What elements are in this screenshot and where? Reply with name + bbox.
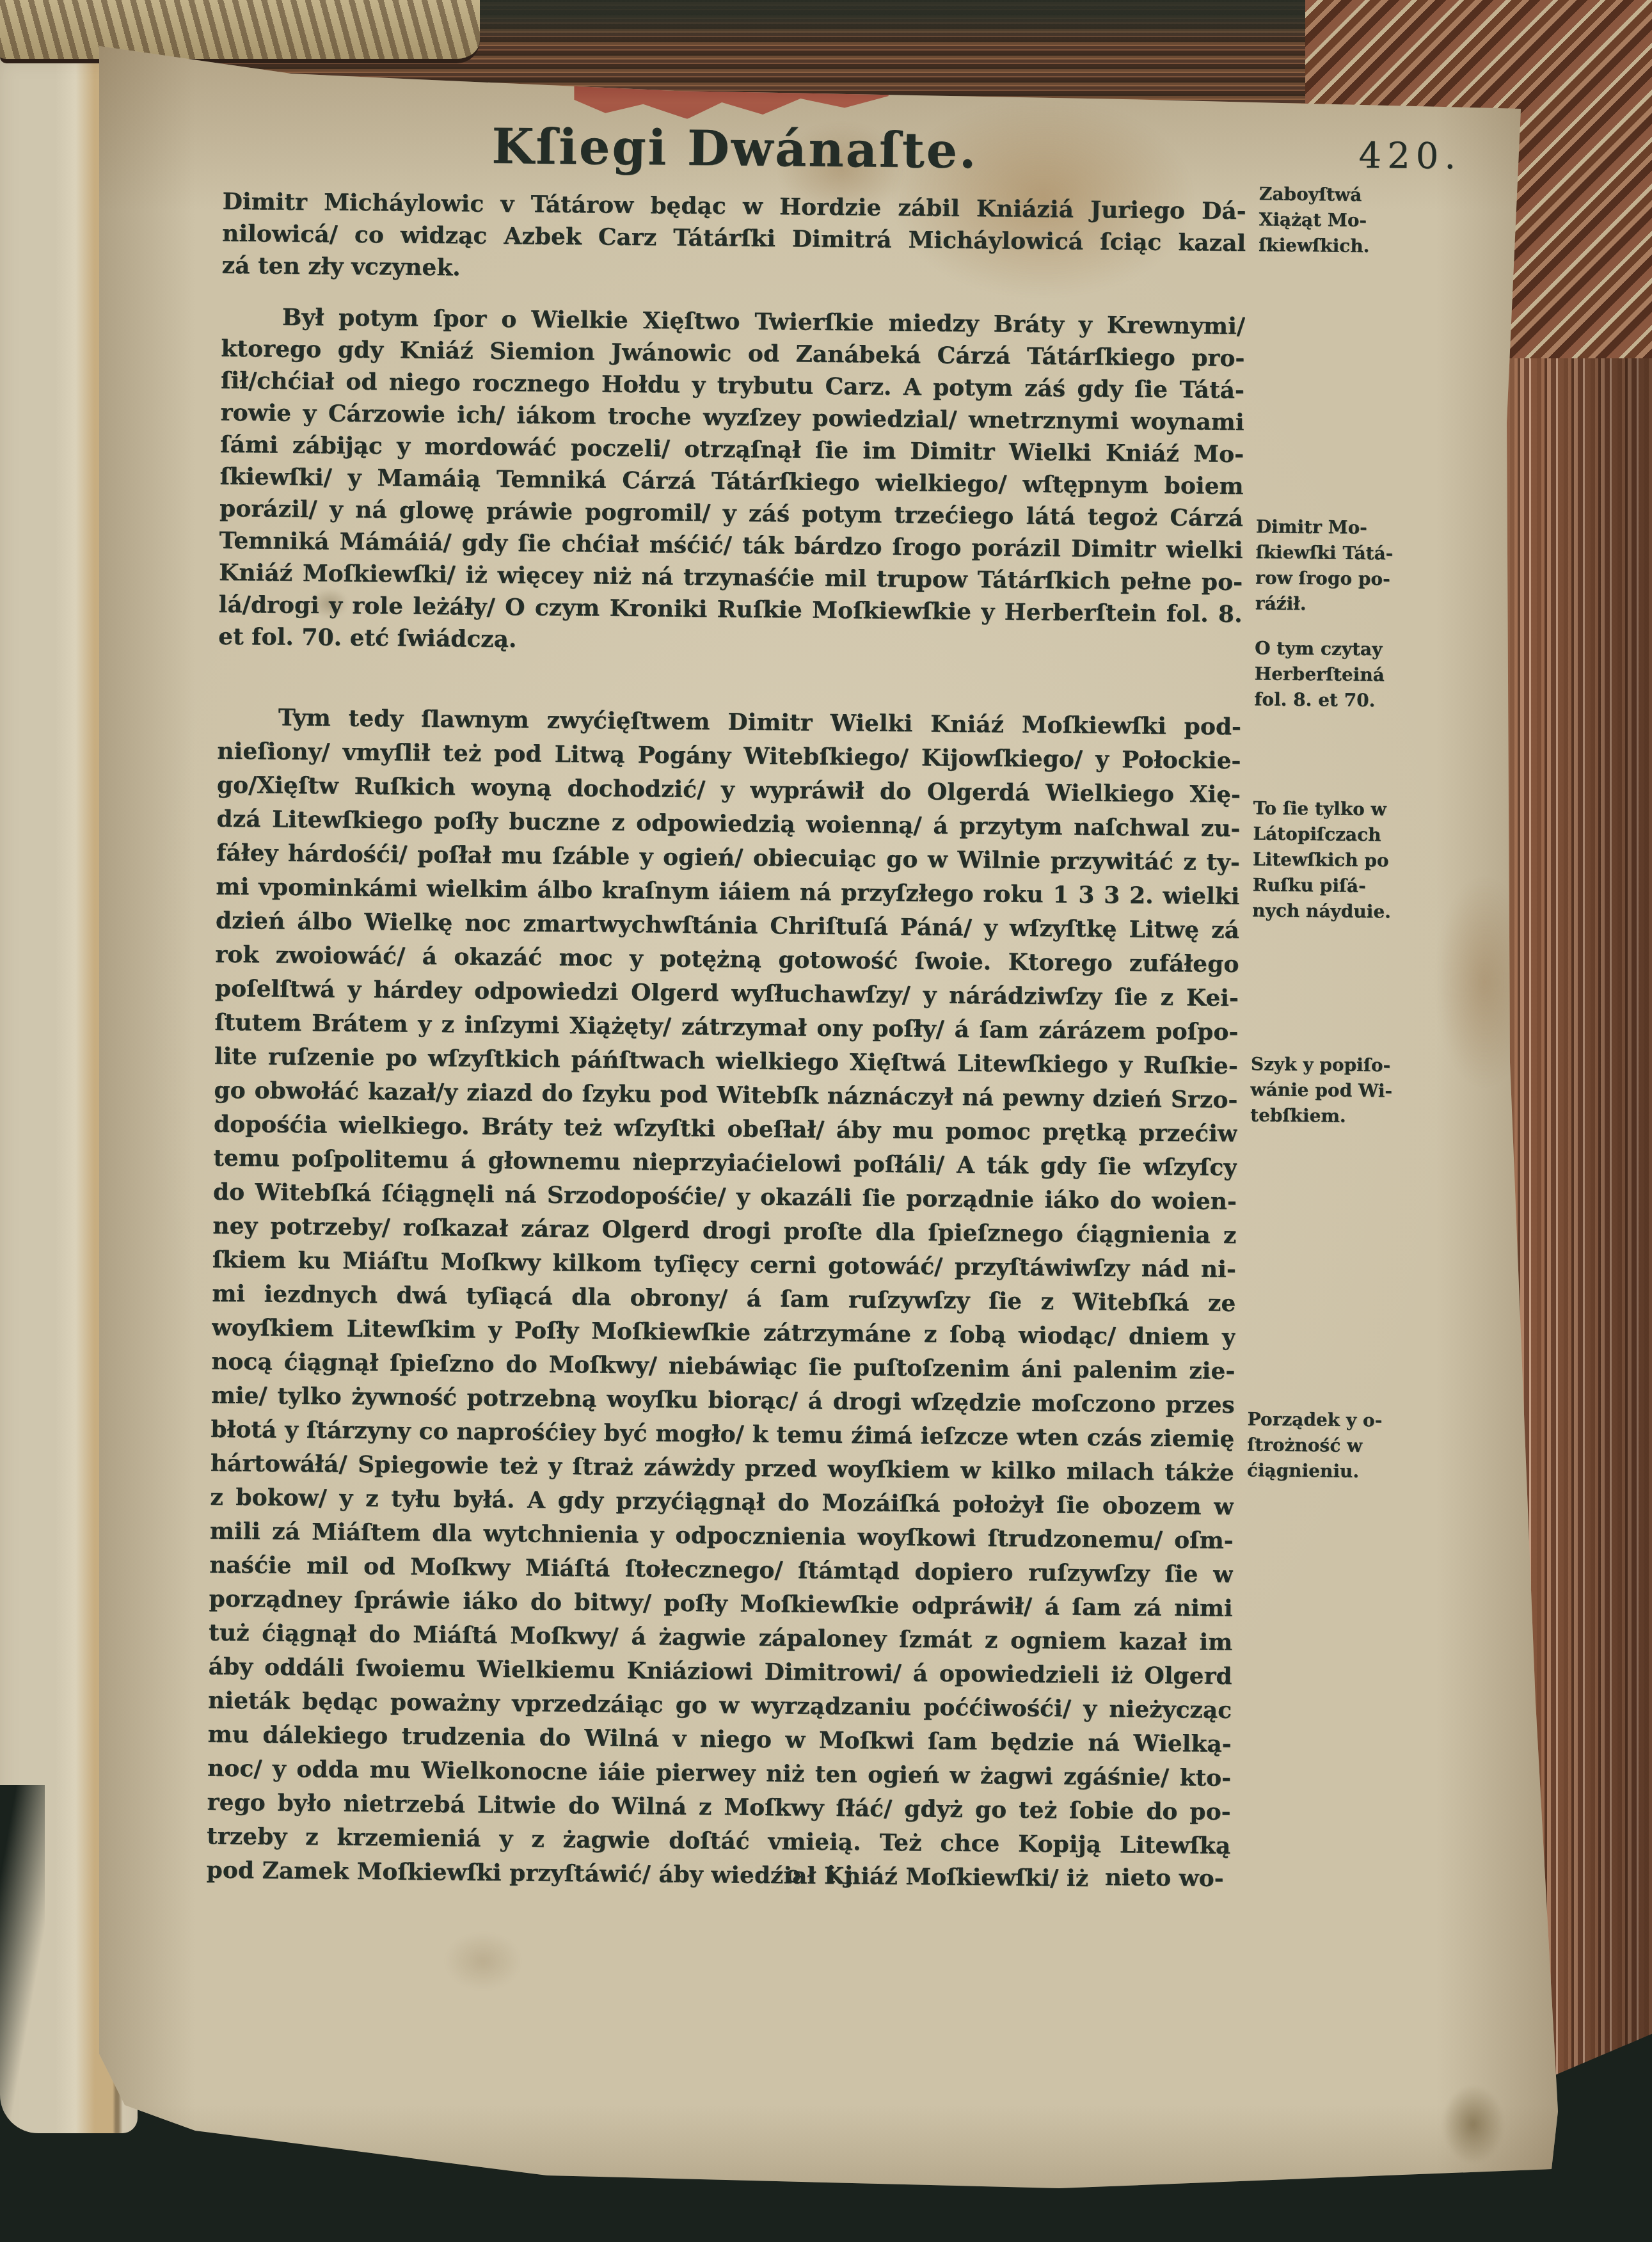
paragraph-2: Był potym ſpor o Wielkie Xięſtwo Twierſk… [218,301,1245,662]
margin-note-murders: ZaboyſtwáXiążąt Mo-ſkiewſkich. [1259,181,1470,260]
text-line: fol. 8. et 70. [1254,687,1465,714]
text-line: Ruſku piſá- [1252,872,1463,900]
margin-note-muster-at-vitebsk: Szyk y popiſo-wánie pod Wi-tebſkiem. [1250,1051,1462,1130]
paragraph-3: Tym tedy ſlawnym zwyćięſtwem Dimitr Wiel… [206,701,1241,1897]
text-line: Litewſkich po [1253,847,1464,874]
text-line: To ſie tylko w [1253,795,1464,823]
book-photo: Kſiegi Dwánaſte. 420. Dimitr Micháylowic… [0,0,1652,2242]
text-line: O tym czytay [1255,635,1466,663]
catchword: nieto wo- [1105,1864,1224,1892]
printed-content: Kſiegi Dwánaſte. 420. Dimitr Micháylowic… [79,38,1558,2209]
margin-note-order-of-march: Porządek y o-ſtrożność wćiągnieniu. [1247,1406,1459,1485]
text-line: ſtrożność w [1247,1432,1458,1459]
text-line: Porządek y o- [1247,1406,1458,1434]
endband [0,0,480,63]
paragraph-1: Dimitr Micháylowic v Tátárow będąc w Hor… [221,186,1246,291]
shadow [0,1785,45,2143]
text-line: ráźił. [1255,591,1466,618]
text-line: Dimitr Mo- [1256,514,1467,541]
text-line: row ſrogo po- [1255,565,1466,592]
text-line: Zaboyſtwá [1259,181,1470,209]
text-line: wánie pod Wi- [1250,1077,1461,1104]
margin-note-herberstein-reference: O tym czytayHerberſteináfol. 8. et 70. [1254,635,1466,714]
running-title: Kſiegi Dwánaſte. [223,115,1247,182]
text-line: ſkiewſki Tátá- [1255,539,1466,567]
text-line: Xiążąt Mo- [1259,207,1470,234]
page-header: Kſiegi Dwánaſte. 420. [223,115,1247,189]
text-line: Herberſteiná [1254,661,1465,688]
margin-note-dimitr-defeats-tatars: Dimitr Mo-ſkiewſki Tátá-row ſrogo po-ráź… [1255,514,1468,618]
signature-mark: o ij [785,1861,862,1888]
book-page: Kſiegi Dwánaſte. 420. Dimitr Micháylowic… [99,38,1558,2195]
text-line: ſkiewſkich. [1259,232,1470,260]
text-line: tebſkiem. [1250,1102,1461,1130]
margin-note-lithuanian-chronicles: To ſie tylko wLátopiſczachLitewſkich poR… [1252,795,1465,925]
text-line: Szyk y popiſo- [1251,1051,1462,1079]
text-line: nych náyduie. [1252,898,1463,925]
page-number: 420. [1358,135,1461,178]
text-line: ćiągnieniu. [1247,1458,1458,1485]
text-line: Látopiſczach [1253,821,1464,848]
